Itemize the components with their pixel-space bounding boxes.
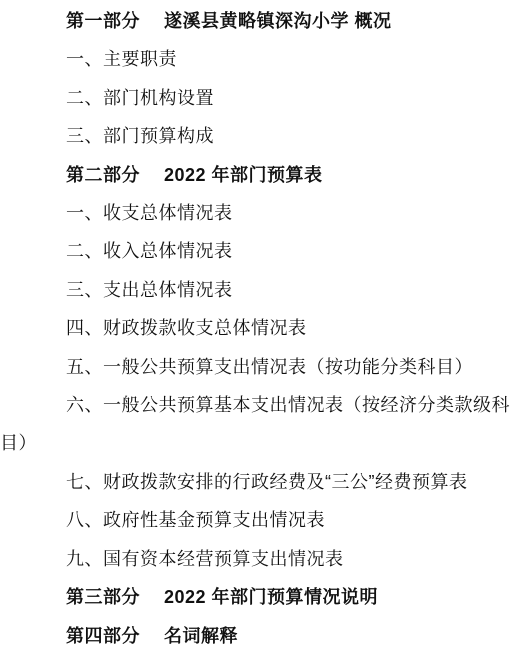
toc-entry: 八、政府性基金预算支出情况表 xyxy=(0,501,522,539)
toc-entry: 三、支出总体情况表 xyxy=(0,271,522,309)
toc-entry: 七、财政拨款安排的行政经费及“三公”经费预算表 xyxy=(0,463,522,501)
toc-section-heading-1: 第一部分 遂溪县黄略镇深沟小学 概况 xyxy=(0,2,522,40)
toc-entry: 一、收支总体情况表 xyxy=(0,194,522,232)
toc-entry: 三、部门预算构成 xyxy=(0,117,522,155)
toc-entry: 二、部门机构设置 xyxy=(0,79,522,117)
toc-section-heading-2: 第二部分 2022 年部门预算表 xyxy=(0,156,522,194)
toc-entry: 二、收入总体情况表 xyxy=(0,232,522,270)
toc-entry: 五、一般公共预算支出情况表（按功能分类科目） xyxy=(0,348,522,386)
toc-entry: 六、一般公共预算基本支出情况表（按经济分类款级科目） xyxy=(0,386,522,463)
toc-section-heading-3: 第三部分 2022 年部门预算情况说明 xyxy=(0,578,522,616)
toc-section-heading-4: 第四部分 名词解释 xyxy=(0,617,522,651)
toc-entry: 四、财政拨款收支总体情况表 xyxy=(0,309,522,347)
toc-entry: 一、主要职责 xyxy=(0,40,522,78)
document-page: 第一部分 遂溪县黄略镇深沟小学 概况 一、主要职责 二、部门机构设置 三、部门预… xyxy=(0,0,522,651)
toc-entry: 九、国有资本经营预算支出情况表 xyxy=(0,540,522,578)
